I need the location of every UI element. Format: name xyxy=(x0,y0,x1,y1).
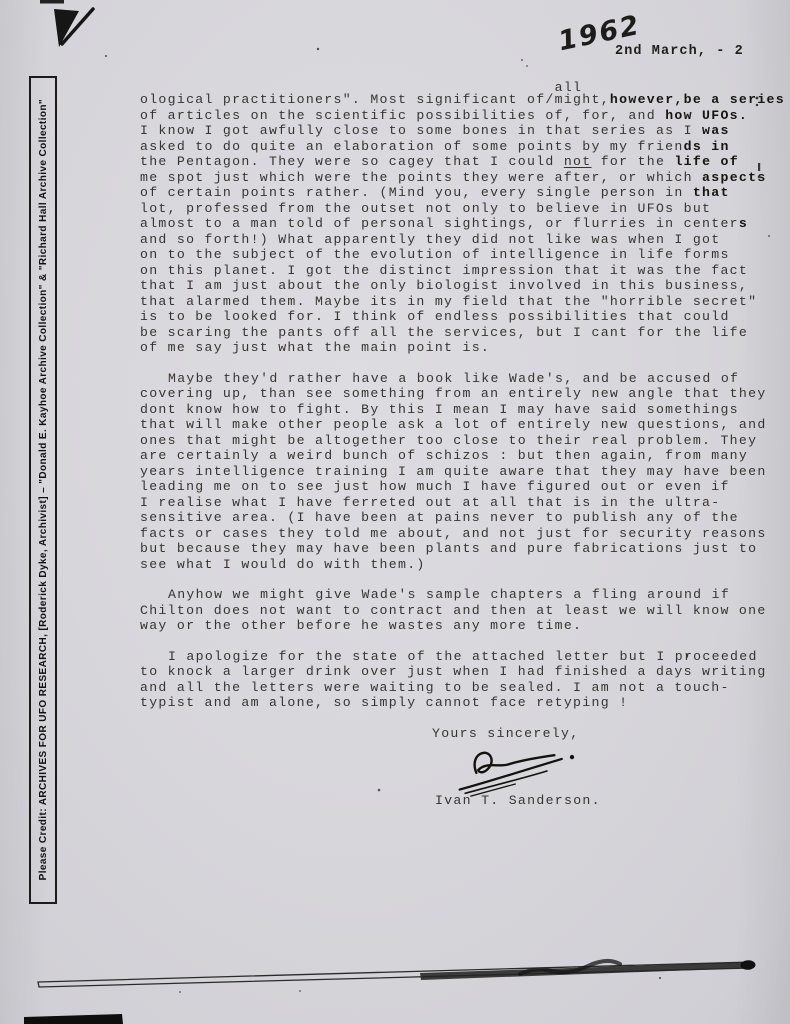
scanned-letter-page: 1962 2nd March, - 2 Please Credit: ARCHI… xyxy=(0,0,790,1024)
letter-paragraph: ological practitioners". Most significan… xyxy=(140,92,772,356)
letter-line: sensitive area. (I have been at pains ne… xyxy=(140,510,772,526)
letter-line: of me say just what the main point is. xyxy=(140,340,772,356)
bottom-scan-line xyxy=(38,960,756,993)
letter-line: are certainly a weird bunch of schizos :… xyxy=(140,448,772,464)
archive-credit-stamp: Please Credit: ARCHIVES FOR UFO RESEARCH… xyxy=(29,76,57,904)
letter-line: Chilton does not want to contract and th… xyxy=(140,603,772,619)
letter-line: lot, professed from the outset not only … xyxy=(140,201,772,217)
letter-line: and so forth!) What apparently they did … xyxy=(140,232,772,248)
letter-line: that I am just about the only biologist … xyxy=(140,278,772,294)
letter-line: and all the letters were waiting to be s… xyxy=(140,680,772,696)
letter-line: that will make other people ask a lot of… xyxy=(140,417,772,433)
letter-line: but because they may have been plants an… xyxy=(140,541,772,557)
letter-line: I realise what I have ferreted out at al… xyxy=(140,495,772,511)
letter-line: ones that might be altogether too close … xyxy=(140,433,772,449)
signature-scrawl-icon xyxy=(445,745,595,797)
letter-line: me spot just which were the points they … xyxy=(140,170,772,186)
letter-closing: Yours sincerely, xyxy=(432,726,772,742)
letter-line: on this planet. I got the distinct impre… xyxy=(140,263,772,279)
letter-line: asked to do quite an elaboration of some… xyxy=(140,139,772,155)
archive-credit-text: Please Credit: ARCHIVES FOR UFO RESEARCH… xyxy=(38,99,49,880)
letter-line: the Pentagon. They were so cagey that I … xyxy=(140,154,772,170)
letter-line: years intelligence training I am quite a… xyxy=(140,464,772,480)
letter-line: on to the subject of the evolution of in… xyxy=(140,247,772,263)
letter-line: see what I would do with them.) xyxy=(140,557,772,573)
letter-line: of articles on the scientific possibilit… xyxy=(140,108,772,124)
letter-line: dont know how to fight. By this I mean I… xyxy=(140,402,772,418)
letter-paragraph: I apologize for the state of the attache… xyxy=(140,649,772,711)
letter-line: leading me on to see just how much I hav… xyxy=(140,479,772,495)
letter-line: way or the other before he wastes any mo… xyxy=(140,618,772,634)
corner-mark-icon xyxy=(40,0,93,47)
letter-line: to knock a larger drink over just when I… xyxy=(140,664,772,680)
letter-line: of certain points rather. (Mind you, eve… xyxy=(140,185,772,201)
letter-line: is to be looked for. I think of endless … xyxy=(140,309,772,325)
letter-body: ological practitioners". Most significan… xyxy=(140,92,772,809)
bottom-edge-bar xyxy=(24,1014,123,1024)
letter-line: that alarmed them. Maybe its in my field… xyxy=(140,294,772,310)
letter-line: Anyhow we might give Wade's sample chapt… xyxy=(140,587,772,603)
letter-line: almost to a man told of personal sightin… xyxy=(140,216,772,232)
letter-line: typist and am alone, so simply cannot fa… xyxy=(140,695,772,711)
letter-paragraph: Anyhow we might give Wade's sample chapt… xyxy=(140,587,772,634)
letter-line: facts or cases they told me about, and n… xyxy=(140,526,772,542)
letter-line: Maybe they'd rather have a book like Wad… xyxy=(140,371,772,387)
letter-line: be scaring the pants off all the service… xyxy=(140,325,772,341)
letter-line: I know I got awfully close to some bones… xyxy=(140,123,772,139)
letter-line: covering up, than see something from an … xyxy=(140,386,772,402)
signature xyxy=(445,745,595,797)
letter-paragraph: Maybe they'd rather have a book like Wad… xyxy=(140,371,772,573)
letter-line: I apologize for the state of the attache… xyxy=(140,649,772,665)
date-line: 2nd March, - 2 xyxy=(615,44,744,59)
letter-line: ological practitioners". Most significan… xyxy=(140,92,772,108)
